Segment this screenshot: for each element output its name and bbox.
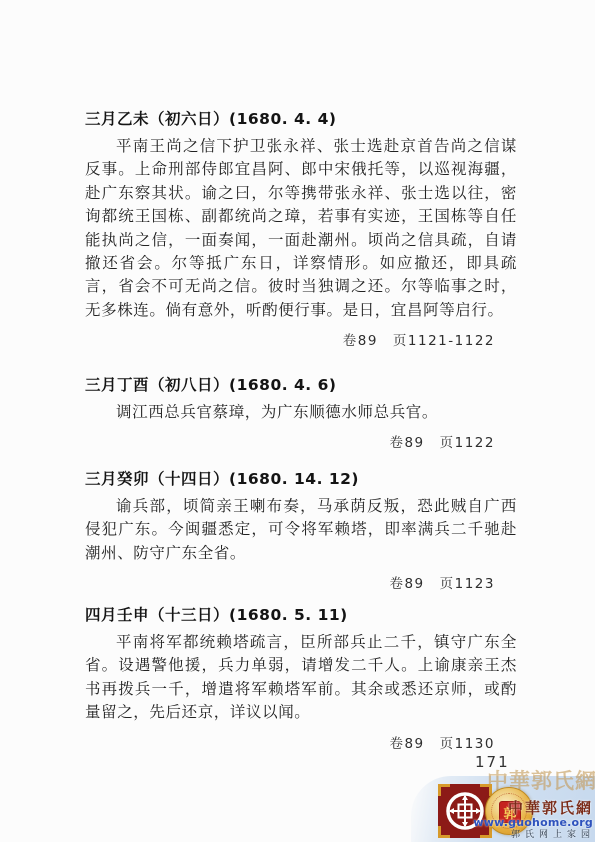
- entry-paragraph: 调江西总兵官蔡璋，为广东顺德水师总兵官。: [85, 401, 517, 424]
- scanned-book-page: 三月乙未（初六日）(1680. 4. 4) 平南王尚之信下护卫张永祥、张士选赴京…: [0, 0, 595, 842]
- entry-date-heading: 三月癸卯（十四日）(1680. 14. 12): [85, 468, 517, 490]
- entry-paragraph: 谕兵部，顷简亲王喇布奏，马承荫反叛，恐此贼自广西侵犯广东。今闽疆悉定，可令将军赖…: [85, 495, 517, 565]
- watermark-tagline: 郭氏网上家园: [511, 827, 595, 840]
- volume-page-ref: 卷89 页1122: [85, 433, 517, 453]
- entry-section: 三月癸卯（十四日）(1680. 14. 12) 谕兵部，顷简亲王喇布奏，马承荫反…: [85, 468, 517, 594]
- entry-section: 三月乙未（初六日）(1680. 4. 4) 平南王尚之信下护卫张永祥、张士选赴京…: [85, 108, 517, 351]
- entry-section: 三月丁酉（初八日）(1680. 4. 6) 调江西总兵官蔡璋，为广东顺德水师总兵…: [85, 374, 517, 453]
- volume-page-ref: 卷89 页1130: [85, 734, 517, 754]
- clan-seal-stamp-icon: [438, 784, 492, 838]
- entry-section: 四月壬申（十三日）(1680. 5. 11) 平南将军都统赖塔疏言，臣所部兵止二…: [85, 604, 517, 754]
- entry-date-heading: 四月壬申（十三日）(1680. 5. 11): [85, 604, 517, 626]
- entry-date-heading: 三月乙未（初六日）(1680. 4. 4): [85, 108, 517, 130]
- volume-page-ref: 卷89 页1123: [85, 574, 517, 594]
- entry-paragraph: 平南将军都统赖塔疏言，臣所部兵止二千，镇守广东全省。设遇警他援，兵力单弱，请增发…: [85, 631, 517, 725]
- entry-date-heading: 三月丁酉（初八日）(1680. 4. 6): [85, 374, 517, 396]
- watermark-site-name: 中華郭氏網: [508, 797, 593, 818]
- entry-paragraph: 平南王尚之信下护卫张永祥、张士选赴京首告尚之信谋反事。上命刑部侍郎宜昌阿、郎中宋…: [85, 135, 517, 322]
- volume-page-ref: 卷89 页1121-1122: [85, 331, 517, 351]
- site-watermark: 中華郭氏網 郭 中華郭氏網 www.guohome.org 郭氏网上家园: [435, 778, 595, 842]
